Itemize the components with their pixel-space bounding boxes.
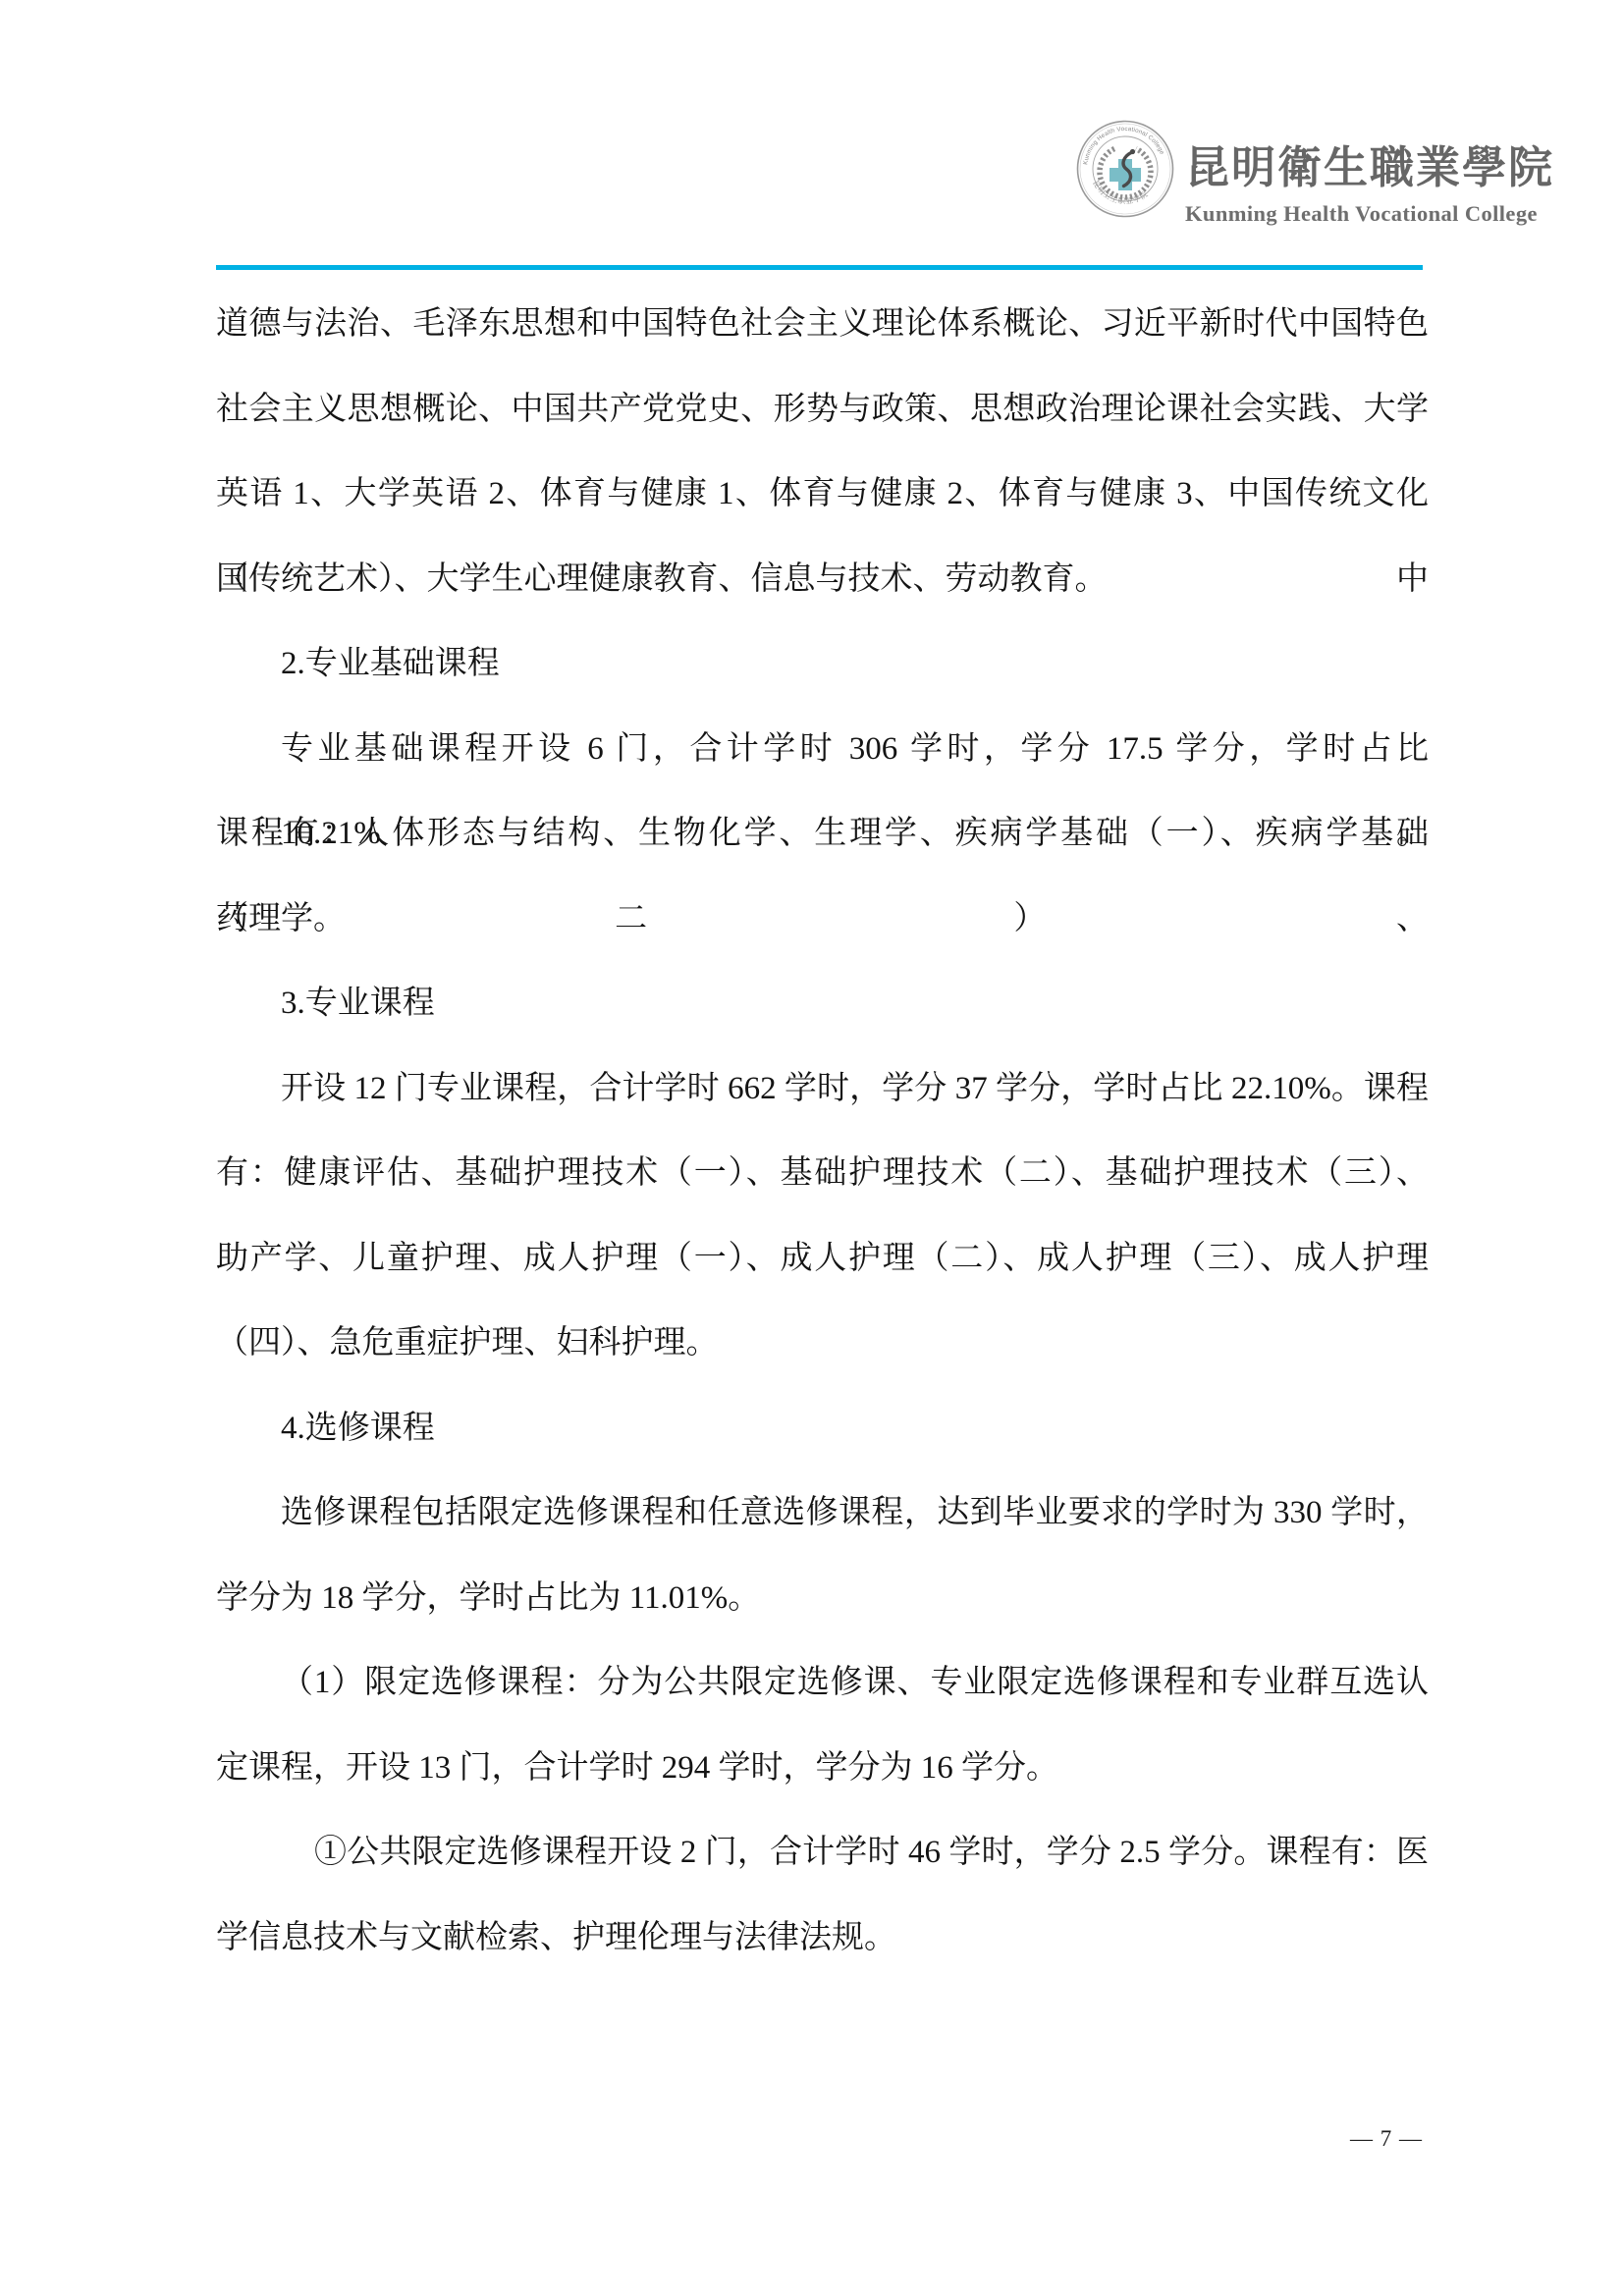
text-line: （1）限定选修课程：分为公共限定选修课、专业限定选修课程和专业群互选认 (216, 1640, 1429, 1726)
text-line: 学分为 18 学分，学时占比为 11.01%。 (216, 1556, 1429, 1641)
document-page: Kunming Health Vocational College 昆明卫生职业… (0, 0, 1624, 2296)
section-heading: 2.专业基础课程 (216, 621, 1429, 707)
text-line: 开设 12 门专业课程，合计学时 662 学时，学分 37 学分，学时占比 22… (216, 1046, 1429, 1132)
text-line: 选修课程包括限定选修课程和任意选修课程，达到毕业要求的学时为 330 学时， (216, 1470, 1429, 1556)
text-line: 有：健康评估、基础护理技术（一）、基础护理技术（二）、基础护理技术（三）、 (216, 1131, 1429, 1216)
page-number: — 7 — (1350, 2126, 1423, 2151)
document-body: 道德与法治、毛泽东思想和中国特色社会主义理论体系概论、习近平新时代中国特色 社会… (216, 282, 1429, 1980)
college-seal-logo: Kunming Health Vocational College 昆明卫生职业… (1076, 119, 1174, 219)
header-divider-rule (216, 265, 1423, 270)
college-titles: 昆明衛生職業學院 Kunming Health Vocational Colle… (1185, 132, 1553, 227)
text-line: 助产学、儿童护理、成人护理（一）、成人护理（二）、成人护理（三）、成人护理 (216, 1216, 1429, 1302)
seal-dragon-head (1130, 149, 1135, 154)
text-line: 英语 1、大学英语 2、体育与健康 1、体育与健康 2、体育与健康 3、中国传统… (216, 452, 1429, 537)
text-line: （四）、急危重症护理、妇科护理。 (216, 1301, 1429, 1386)
page-header: Kunming Health Vocational College 昆明卫生职业… (0, 0, 1624, 265)
section-heading: 3.专业课程 (216, 961, 1429, 1046)
college-name-english: Kunming Health Vocational College (1185, 201, 1553, 227)
text-line: 课程有：人体形态与结构、生物化学、生理学、疾病学基础（一）、疾病学基础（二）、 (216, 791, 1429, 877)
page-footer: — 7 — (216, 2126, 1423, 2152)
text-line: 道德与法治、毛泽东思想和中国特色社会主义理论体系概论、习近平新时代中国特色 (216, 282, 1429, 367)
text-line: 社会主义思想概论、中国共产党党史、形势与政策、思想政治理论课社会实践、大学 (216, 367, 1429, 453)
text-line: 定课程，开设 13 门，合计学时 294 学时，学分为 16 学分。 (216, 1726, 1429, 1811)
text-line: 专业基础课程开设 6 门，合计学时 306 学时，学分 17.5 学分，学时占比… (216, 707, 1429, 792)
college-name-chinese: 昆明衛生職業學院 (1185, 132, 1553, 195)
text-line: 学信息技术与文献检索、护理伦理与法律法规。 (216, 1896, 1429, 1981)
text-line: ①公共限定选修课程开设 2 门，合计学时 46 学时，学分 2.5 学分。课程有… (216, 1810, 1429, 1896)
section-heading: 4.选修课程 (216, 1386, 1429, 1471)
